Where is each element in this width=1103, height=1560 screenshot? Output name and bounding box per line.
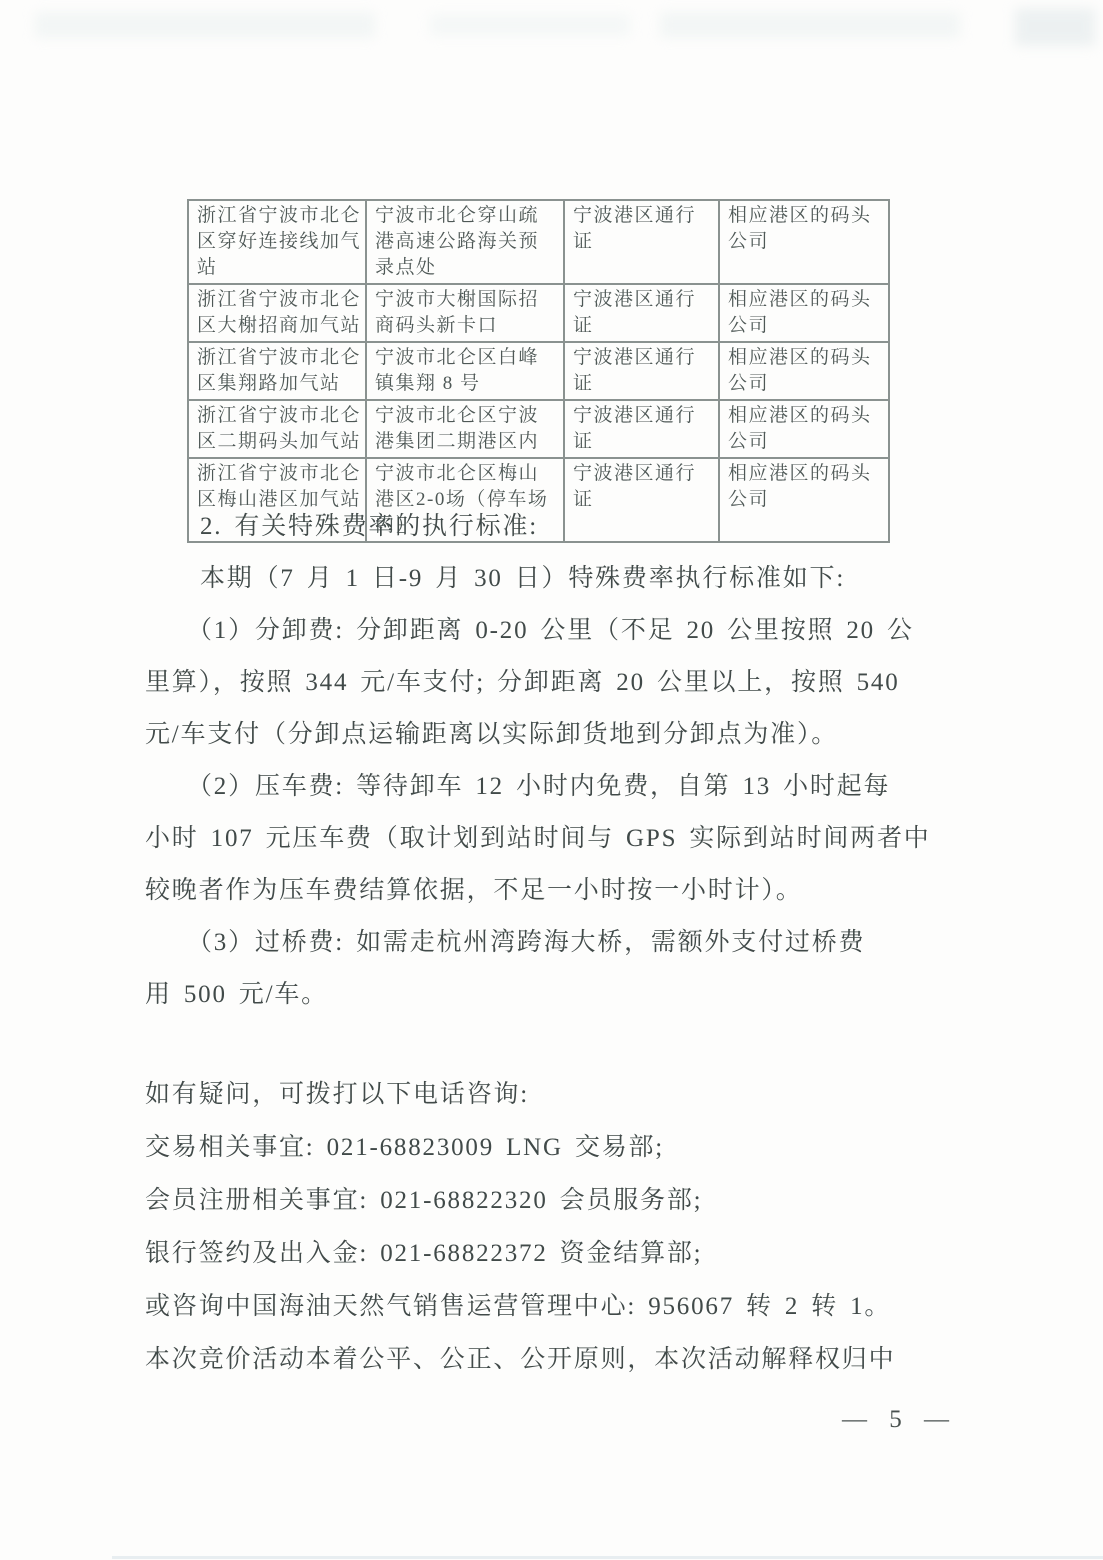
- scan-artifact: [112, 1556, 1103, 1559]
- text-line: 元/车支付（分卸点运输距离以实际卸货地到分卸点为准）。: [145, 714, 980, 766]
- scan-artifact: [35, 12, 375, 38]
- cell-permit: 宁波港区通行证: [564, 284, 719, 342]
- table-row: 浙江省宁波市北仑区大榭招商加气站 宁波市大榭国际招商码头新卡口 宁波港区通行证 …: [188, 284, 889, 342]
- cell-company: 相应港区的码头公司: [719, 342, 889, 400]
- text-line: 本期（7 月 1 日-9 月 30 日）特殊费率执行标准如下:: [145, 558, 980, 610]
- text-line: 用 500 元/车。: [145, 974, 980, 1026]
- table-row: 浙江省宁波市北仑区二期码头加气站 宁波市北仑区宁波港集团二期港区内 宁波港区通行…: [188, 400, 889, 458]
- table-row: 浙江省宁波市北仑区集翔路加气站 宁波市北仑区白峰镇集翔 8 号 宁波港区通行证 …: [188, 342, 889, 400]
- contact-line: 或咨询中国海油天然气销售运营管理中心: 956067 转 2 转 1。: [145, 1286, 980, 1339]
- contact-line: 会员注册相关事宜: 021-68822320 会员服务部;: [145, 1180, 980, 1233]
- cell-station: 浙江省宁波市北仑区大榭招商加气站: [188, 284, 366, 342]
- body-text: 2. 有关特殊费率的执行标准: 本期（7 月 1 日-9 月 30 日）特殊费率…: [145, 506, 980, 1392]
- text-line: （2）压车费: 等待卸车 12 小时内免费，自第 13 小时起每: [145, 766, 980, 818]
- cell-station: 浙江省宁波市北仑区穿好连接线加气站: [188, 200, 366, 284]
- text-line: （3）过桥费: 如需走杭州湾跨海大桥，需额外支付过桥费: [145, 922, 980, 974]
- cell-permit: 宁波港区通行证: [564, 342, 719, 400]
- table-row: 浙江省宁波市北仑区穿好连接线加气站 宁波市北仑穿山疏港高速公路海关预录点处 宁波…: [188, 200, 889, 284]
- text-line: 里算），按照 344 元/车支付; 分卸距离 20 公里以上，按照 540: [145, 662, 980, 714]
- page-number: — 5 —: [842, 1406, 952, 1434]
- stations-table: 浙江省宁波市北仑区穿好连接线加气站 宁波市北仑穿山疏港高速公路海关预录点处 宁波…: [187, 199, 890, 543]
- cell-permit: 宁波港区通行证: [564, 400, 719, 458]
- document-page: 浙江省宁波市北仑区穿好连接线加气站 宁波市北仑穿山疏港高速公路海关预录点处 宁波…: [0, 0, 1103, 1560]
- text-line: （1）分卸费: 分卸距离 0-20 公里（不足 20 公里按照 20 公: [145, 610, 980, 662]
- contact-intro: 如有疑问，可拨打以下电话咨询:: [145, 1074, 980, 1127]
- scan-artifact: [660, 12, 960, 38]
- cell-company: 相应港区的码头公司: [719, 284, 889, 342]
- text-line: 本次竞价活动本着公平、公正、公开原则，本次活动解释权归中: [145, 1339, 980, 1392]
- cell-permit: 宁波港区通行证: [564, 200, 719, 284]
- cell-company: 相应港区的码头公司: [719, 400, 889, 458]
- section-heading: 2. 有关特殊费率的执行标准:: [145, 506, 980, 558]
- cell-address: 宁波市北仑区白峰镇集翔 8 号: [366, 342, 564, 400]
- cell-company: 相应港区的码头公司: [719, 200, 889, 284]
- cell-station: 浙江省宁波市北仑区二期码头加气站: [188, 400, 366, 458]
- cell-address: 宁波市北仑穿山疏港高速公路海关预录点处: [366, 200, 564, 284]
- scan-artifact: [1015, 8, 1095, 46]
- cell-station: 浙江省宁波市北仑区集翔路加气站: [188, 342, 366, 400]
- cell-address: 宁波市北仑区宁波港集团二期港区内: [366, 400, 564, 458]
- cell-address: 宁波市大榭国际招商码头新卡口: [366, 284, 564, 342]
- scan-artifact: [430, 14, 630, 36]
- text-line: 较晚者作为压车费结算依据，不足一小时按一小时计）。: [145, 870, 980, 922]
- text-line: 小时 107 元压车费（取计划到站时间与 GPS 实际到站时间两者中: [145, 818, 980, 870]
- contact-line: 银行签约及出入金: 021-68822372 资金结算部;: [145, 1233, 980, 1286]
- contact-line: 交易相关事宜: 021-68823009 LNG 交易部;: [145, 1127, 980, 1180]
